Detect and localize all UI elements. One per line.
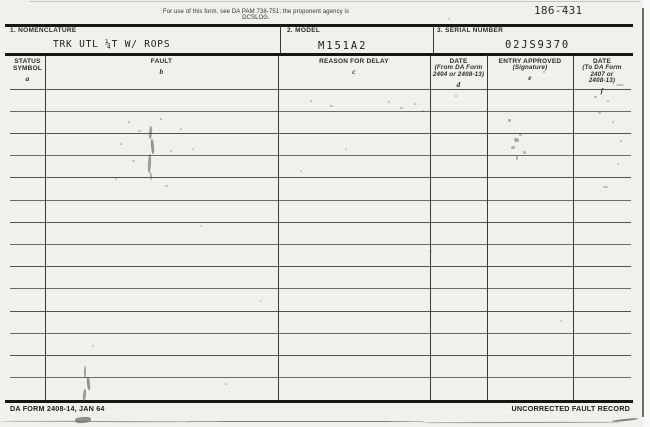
column-divider xyxy=(278,55,279,400)
scan-streak xyxy=(420,421,620,423)
speck xyxy=(513,137,519,142)
speck xyxy=(430,250,432,252)
speck xyxy=(543,71,545,73)
speck xyxy=(84,366,87,378)
column-divider xyxy=(430,55,431,400)
speck xyxy=(620,140,622,142)
speck xyxy=(330,105,333,107)
scan-artifact-top xyxy=(30,1,640,2)
scan-streak xyxy=(75,416,91,423)
speck xyxy=(603,186,608,188)
column-letter-c: c xyxy=(278,68,430,75)
model-value: M151A2 xyxy=(318,40,367,52)
column-header-fault: FAULT b xyxy=(45,56,278,89)
speck xyxy=(225,383,227,385)
speck xyxy=(516,156,519,160)
column-letter-a: a xyxy=(10,75,45,82)
speck xyxy=(594,96,597,98)
column-header-text: FAULT xyxy=(45,58,278,65)
speck xyxy=(132,160,135,162)
column-header-text: SYMBOL xyxy=(10,65,45,72)
speck xyxy=(260,300,262,302)
row-line xyxy=(10,266,631,267)
column-divider xyxy=(487,55,488,400)
speck xyxy=(180,128,182,130)
speck xyxy=(138,130,141,132)
column-header-text: REASON FOR DELAY xyxy=(278,58,430,65)
speck xyxy=(400,107,403,109)
form-title: UNCORRECTED FAULT RECORD xyxy=(512,404,630,413)
serial-number-label: 3. SERIAL NUMBER xyxy=(437,27,503,34)
speck xyxy=(422,110,424,112)
speck xyxy=(86,377,90,390)
speck xyxy=(388,101,390,103)
column-divider xyxy=(573,55,574,400)
speck xyxy=(560,320,562,322)
speck xyxy=(149,126,152,139)
scan-streak xyxy=(612,417,638,422)
speck xyxy=(128,121,130,123)
speck xyxy=(612,121,614,123)
speck xyxy=(165,185,168,187)
speck xyxy=(120,143,122,145)
speck xyxy=(616,84,624,86)
form-usage-note: For use of this form, see DA PAM 738-751… xyxy=(150,9,362,21)
row-line xyxy=(10,377,631,378)
speck xyxy=(149,172,152,180)
speck xyxy=(448,18,450,20)
row-line xyxy=(10,244,631,245)
column-header-text: STATUS xyxy=(10,58,45,65)
speck xyxy=(455,95,457,97)
speck xyxy=(300,170,302,172)
row-line xyxy=(10,288,631,289)
speck xyxy=(192,148,194,150)
id-divider-2 xyxy=(433,26,434,53)
row-line xyxy=(10,133,631,134)
row-line xyxy=(10,177,631,178)
speck xyxy=(150,139,154,154)
serial-number-value: 02JS9370 xyxy=(505,39,570,51)
row-line xyxy=(10,89,631,90)
scan-streak xyxy=(185,421,425,423)
scanned-form-page: For use of this form, see DA PAM 738-751… xyxy=(0,0,650,427)
speck xyxy=(414,103,416,105)
nomenclature-value: TRK UTL ¼T W/ ROPS xyxy=(53,39,170,50)
row-line xyxy=(10,222,631,223)
row-line xyxy=(10,111,631,112)
speck xyxy=(511,146,516,150)
column-header-entry-approved: ENTRY APPROVED (Signature) e xyxy=(487,56,573,89)
speck xyxy=(345,148,347,150)
column-header-text: (Signature) xyxy=(487,65,573,72)
speck xyxy=(617,163,619,165)
divider-bottom xyxy=(5,400,633,403)
row-line xyxy=(10,155,631,156)
row-line xyxy=(10,333,631,334)
speck xyxy=(523,151,526,154)
speck xyxy=(160,118,162,120)
column-header-text: 2404 or 2408-13) xyxy=(430,72,487,79)
column-letter-b: b xyxy=(45,68,278,75)
scan-edge-right xyxy=(642,8,644,417)
column-header-status-symbol: STATUS SYMBOL a xyxy=(10,56,45,89)
speck xyxy=(519,133,522,136)
column-letter-d: d xyxy=(430,81,487,88)
speck xyxy=(115,178,117,180)
speck xyxy=(598,112,601,114)
model-label: 2. MODEL xyxy=(287,27,320,34)
id-divider-1 xyxy=(280,26,281,53)
column-letter-e: e xyxy=(487,74,573,81)
speck xyxy=(92,345,94,347)
speck xyxy=(148,154,152,173)
row-line xyxy=(10,200,631,201)
scan-streak xyxy=(0,421,200,423)
scan-margin xyxy=(643,0,650,427)
column-header-reason-for-delay: REASON FOR DELAY c xyxy=(278,56,430,89)
column-header-date-from: DATE (From DA Form 2404 or 2408-13) d xyxy=(430,56,487,89)
speck xyxy=(607,100,609,102)
form-id: DA FORM 2408-14, JAN 64 xyxy=(10,404,105,413)
nomenclature-label: 1. NOMENCLATURE xyxy=(10,27,77,34)
speck xyxy=(310,100,312,102)
column-divider xyxy=(45,55,46,400)
speck xyxy=(200,225,202,227)
speck xyxy=(508,119,511,122)
row-line xyxy=(10,311,631,312)
row-line xyxy=(10,355,631,356)
speck xyxy=(170,150,172,152)
